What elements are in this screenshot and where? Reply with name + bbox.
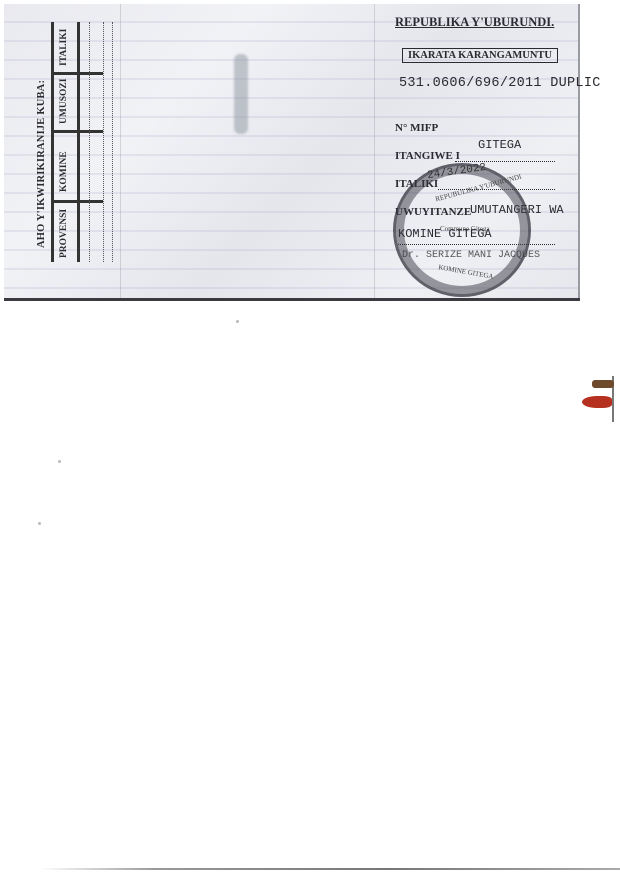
table-divider <box>51 200 103 203</box>
dotted-line <box>89 22 90 262</box>
column-umusozi: UMUSOZI <box>59 79 69 124</box>
card-title: IKARATA KARANGAMUNTU <box>402 48 558 63</box>
dotted-line <box>112 22 113 262</box>
column-komine: KOMINE <box>59 151 69 192</box>
table-border <box>51 22 54 262</box>
fold-crease <box>374 4 375 298</box>
dotted-line <box>103 22 104 262</box>
speck <box>58 460 61 463</box>
mifp-label: N° MIFP <box>395 122 438 134</box>
residence-table-title: AHO Y'IKWIRIKIRANIJE KUBA: <box>36 80 47 248</box>
smudge-mark <box>234 54 248 134</box>
speck <box>38 522 41 525</box>
table-border <box>77 22 80 262</box>
stamp-text-middle: Commune Gitega <box>440 225 490 233</box>
page-edge <box>40 868 620 870</box>
country-heading: REPUBLIKA Y'UBURUNDI. <box>395 15 554 30</box>
fold-crease <box>120 4 121 298</box>
table-divider <box>77 72 103 75</box>
column-provensi: PROVENSI <box>59 209 69 258</box>
issued-at-label: ITANGIWE I <box>395 150 460 162</box>
dotted-field <box>455 161 555 162</box>
issued-at-value: GITEGA <box>478 138 521 152</box>
card-edge <box>578 4 580 298</box>
speck <box>236 320 239 323</box>
id-number: 531.0606/696/2011 DUPLIC <box>399 76 601 91</box>
table-divider <box>51 130 103 133</box>
column-italiki: ITALIKI <box>59 29 69 66</box>
